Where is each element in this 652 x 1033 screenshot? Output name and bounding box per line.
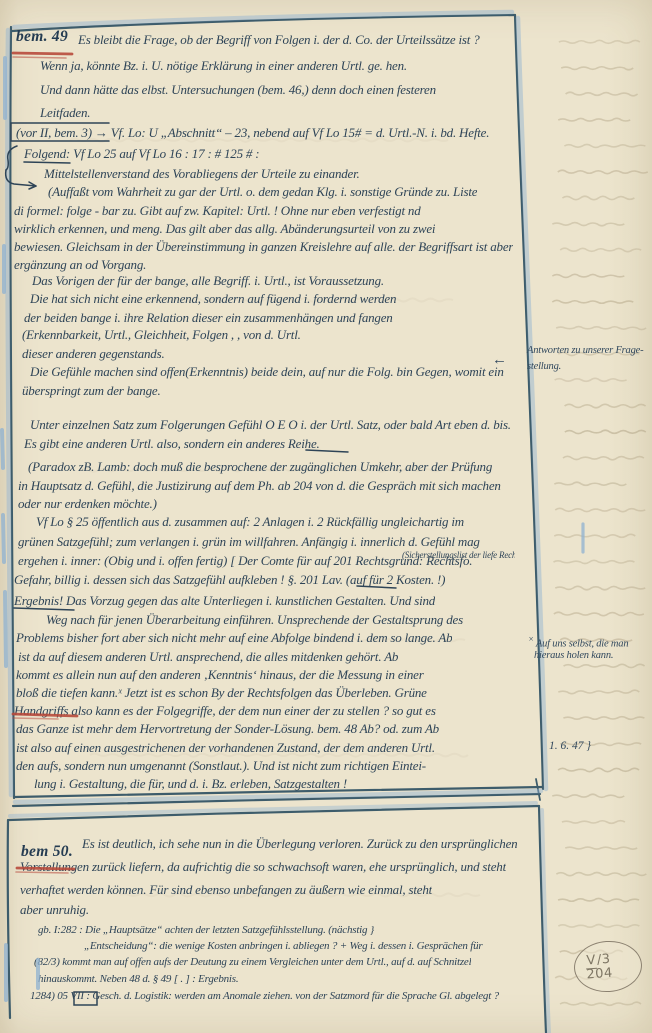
bem49-label: bem. 49 [16, 28, 68, 45]
manuscript-line: „Entscheidung“: die wenige Kosten anbrin… [84, 941, 483, 953]
margin-note-2-line-2: hieraus holen kann. [534, 650, 613, 661]
bem49-heading: bem. 49 [16, 28, 68, 46]
stamp-page-number: 204 [586, 964, 642, 981]
margin-date-note: 1. 6. 47 } [549, 740, 591, 752]
manuscript-line: Vorstellungen zurück liefern, da aufrich… [20, 860, 506, 874]
footnote-marker: × [528, 634, 534, 644]
manuscript-line: aber unruhig. [20, 903, 89, 917]
bem50-label: bem 50. [21, 843, 73, 860]
margin-note-1-line-1: Antworten zu unserer Frage- [527, 345, 643, 356]
manuscript-line: gb. I:282 : Die „Hauptsätze“ achten der … [38, 925, 374, 937]
manuscript-line: hinauskommt. Neben 48 d. § 49 [ . ] : Er… [38, 974, 238, 986]
margin-note-2-line-1: ×Auf uns selbst, die man [528, 634, 628, 650]
manuscript-page: Es bleibt die Frage, ob der Begriff von … [0, 0, 652, 1033]
margin-arrow-icon: ← [492, 352, 507, 369]
margin-note-1-line-2: stellung. [527, 361, 561, 372]
manuscript-line: Es ist deutlich, ich sehe nun in die Übe… [82, 837, 517, 851]
manuscript-line: (82/3) kommt man auf offen aufs der Deut… [34, 957, 471, 969]
bem50-body: Es ist deutlich, ich sehe nun in die Übe… [0, 0, 652, 1033]
bem50-heading: bem 50. [21, 843, 73, 861]
manuscript-line: verhaftet werden können. Für sind ebenso… [20, 883, 432, 897]
manuscript-line: 1284) 05 VII : Gesch. d. Logistik: werde… [30, 991, 499, 1003]
